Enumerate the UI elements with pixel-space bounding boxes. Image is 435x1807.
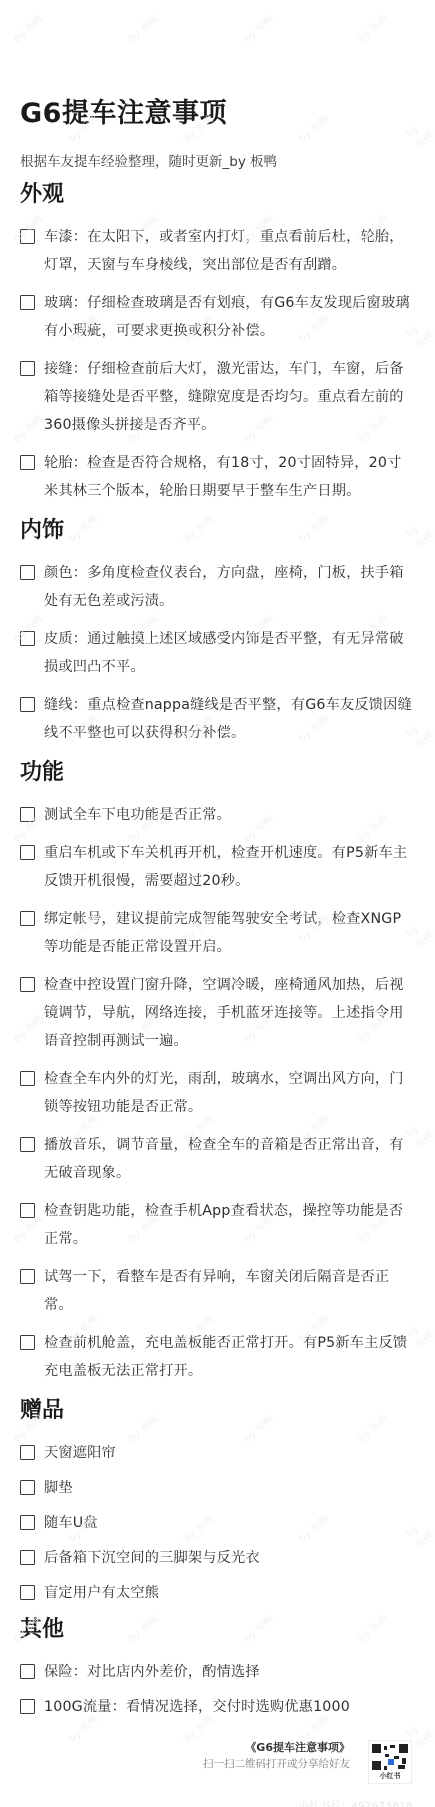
checkbox[interactable] <box>20 1515 35 1530</box>
checklist-item-text: 测试全车下电功能是否正常。 <box>44 801 415 829</box>
checklist-item-text: 天窗遮阳帘 <box>44 1439 415 1467</box>
checklist-item-text: 保险：对比店内外差价，酌情选择 <box>44 1658 415 1686</box>
checklist-item-text: 缝线：重点检查nappa缝线是否平整，有G6车友反馈因缝线不平整也可以获得积分补… <box>44 691 415 747</box>
checklist-item: 玻璃：仔细检查玻璃是否有划痕，有G6车友发现后窗玻璃有小瑕疵，可要求更换或积分补… <box>20 289 415 345</box>
checklist-item: 保险：对比店内外差价，酌情选择 <box>20 1658 415 1686</box>
checklist-item: 试驾一下，看整车是否有异响，车窗关闭后隔音是否正常。 <box>20 1263 415 1319</box>
checklist-item-text: 轮胎：检查是否符合规格，有18寸，20寸固特异，20寸米其林三个版本，轮胎日期要… <box>44 449 415 505</box>
checkbox[interactable] <box>20 1137 35 1152</box>
checkbox[interactable] <box>20 1550 35 1565</box>
checkbox[interactable] <box>20 1664 35 1679</box>
section-heading: 外观 <box>20 179 415 211</box>
checkbox[interactable] <box>20 911 35 926</box>
checklist-item-text: 检查中控设置门窗升降，空调冷暖，座椅通风加热，后视镜调节，导航，网络连接，手机蓝… <box>44 971 415 1055</box>
section-heading: 内饰 <box>20 515 415 547</box>
section-heading: 赠品 <box>20 1395 415 1427</box>
checklist-item-text: 检查全车内外的灯光，雨刮，玻璃水，空调出风方向，门锁等按钮功能是否正常。 <box>44 1065 415 1121</box>
footer-doc-title: 《G6提车注意事项》 <box>245 1739 350 1755</box>
checkbox[interactable] <box>20 631 35 646</box>
checklist-item: 脚垫 <box>20 1474 415 1502</box>
checklist-item-text: 盲定用户有太空熊 <box>44 1579 415 1607</box>
checklist-item: 轮胎：检查是否符合规格，有18寸，20寸固特异，20寸米其林三个版本，轮胎日期要… <box>20 449 415 505</box>
section-heading: 其他 <box>20 1614 415 1646</box>
section-2: 功能测试全车下电功能是否正常。重启车机或下车关机再开机，检查开机速度。有P5新车… <box>20 757 415 1385</box>
checklist-item-text: 随车U盘 <box>44 1509 415 1537</box>
checklist-item-text: 车漆：在太阳下，或者室内打灯，重点看前后杜，轮胎，灯罩，天窗与车身棱线，突出部位… <box>44 223 415 279</box>
checklist-item: 随车U盘 <box>20 1509 415 1537</box>
checkbox[interactable] <box>20 1269 35 1284</box>
checklist-item: 重启车机或下车关机再开机，检查开机速度。有P5新车主反馈开机很慢，需要超过20秒… <box>20 839 415 895</box>
checkbox[interactable] <box>20 455 35 470</box>
checklist-item-text: 播放音乐，调节音量，检查全车的音箱是否正常出音，有无破音现象。 <box>44 1131 415 1187</box>
checklist-item: 绑定帐号，建议提前完成智能驾驶安全考试，检查XNGP等功能是否能正常设置开启。 <box>20 905 415 961</box>
section-0: 外观车漆：在太阳下，或者室内打灯，重点看前后杜，轮胎，灯罩，天窗与车身棱线，突出… <box>20 179 415 505</box>
checklist-item-text: 脚垫 <box>44 1474 415 1502</box>
checklist-item-text: 试驾一下，看整车是否有异响，车窗关闭后隔音是否正常。 <box>44 1263 415 1319</box>
section-heading: 功能 <box>20 757 415 789</box>
checkbox[interactable] <box>20 977 35 992</box>
checkbox[interactable] <box>20 697 35 712</box>
checklist-item-text: 玻璃：仔细检查玻璃是否有划痕，有G6车友发现后窗玻璃有小瑕疵，可要求更换或积分补… <box>44 289 415 345</box>
checklist-item-text: 检查钥匙功能，检查手机App查看状态，操控等功能是否正常。 <box>44 1197 415 1253</box>
checklist-item: 缝线：重点检查nappa缝线是否平整，有G6车友反馈因缝线不平整也可以获得积分补… <box>20 691 415 747</box>
checklist-item-text: 绑定帐号，建议提前完成智能驾驶安全考试，检查XNGP等功能是否能正常设置开启。 <box>44 905 415 961</box>
checkbox[interactable] <box>20 845 35 860</box>
checkbox[interactable] <box>20 565 35 580</box>
checkbox[interactable] <box>20 361 35 376</box>
checkbox[interactable] <box>20 1445 35 1460</box>
checkbox[interactable] <box>20 1585 35 1600</box>
checklist-item: 皮质：通过触摸上述区域感受内饰是否平整，有无异常破损或凹凸不平。 <box>20 625 415 681</box>
checklist-item-text: 后备箱下沉空间的三脚架与反光衣 <box>44 1544 415 1572</box>
checklist-item-text: 颜色：多角度检查仪表台，方向盘，座椅，门板，扶手箱处有无色差或污渍。 <box>44 559 415 615</box>
checkbox[interactable] <box>20 1203 35 1218</box>
footer-share-hint: 扫一扫二维码打开或分享给好友 <box>203 1756 350 1771</box>
checklist-item-text: 接缝：仔细检查前后大灯，激光雷达，车门，车窗，后备箱等接缝处是否平整，缝隙宽度是… <box>44 355 415 439</box>
checklist-item: 播放音乐，调节音量，检查全车的音箱是否正常出音，有无破音现象。 <box>20 1131 415 1187</box>
checklist-item: 检查中控设置门窗升降，空调冷暖，座椅通风加热，后视镜调节，导航，网络连接，手机蓝… <box>20 971 415 1055</box>
checkbox[interactable] <box>20 1335 35 1350</box>
checkbox[interactable] <box>20 807 35 822</box>
account-id: 小红书号：492673818 <box>299 1797 413 1807</box>
checklist-item-text: 检查前机舱盖，充电盖板能否正常打开。有P5新车主反馈充电盖板无法正常打开。 <box>44 1329 415 1385</box>
checklist-item: 测试全车下电功能是否正常。 <box>20 801 415 829</box>
checkbox[interactable] <box>20 1699 35 1714</box>
section-4: 其他保险：对比店内外差价，酌情选择100G流量：看情况选择，交付时选购优惠100… <box>20 1614 415 1721</box>
checklist-item: 盲定用户有太空熊 <box>20 1579 415 1607</box>
section-3: 赠品天窗遮阳帘脚垫随车U盘后备箱下沉空间的三脚架与反光衣盲定用户有太空熊 <box>20 1395 415 1607</box>
checkbox[interactable] <box>20 1071 35 1086</box>
checklist-item: 后备箱下沉空间的三脚架与反光衣 <box>20 1544 415 1572</box>
checklist-item: 颜色：多角度检查仪表台，方向盘，座椅，门板，扶手箱处有无色差或污渍。 <box>20 559 415 615</box>
section-1: 内饰颜色：多角度检查仪表台，方向盘，座椅，门板，扶手箱处有无色差或污渍。皮质：通… <box>20 515 415 747</box>
checklist-item: 接缝：仔细检查前后大灯，激光雷达，车门，车窗，后备箱等接缝处是否平整，缝隙宽度是… <box>20 355 415 439</box>
checklist-item: 检查全车内外的灯光，雨刮，玻璃水，空调出风方向，门锁等按钮功能是否正常。 <box>20 1065 415 1121</box>
checklist-item: 车漆：在太阳下，或者室内打灯，重点看前后杜，轮胎，灯罩，天窗与车身棱线，突出部位… <box>20 223 415 279</box>
checklist-sections: 外观车漆：在太阳下，或者室内打灯，重点看前后杜，轮胎，灯罩，天窗与车身棱线，突出… <box>20 179 415 1721</box>
qr-code[interactable]: 小红书 <box>368 1740 412 1784</box>
checkbox[interactable] <box>20 229 35 244</box>
document-page: G6提车注意事项 根据车友提车经验整理，随时更新_by 板鸭 外观车漆：在太阳下… <box>0 0 435 1807</box>
checklist-item: 检查前机舱盖，充电盖板能否正常打开。有P5新车主反馈充电盖板无法正常打开。 <box>20 1329 415 1385</box>
page-title: G6提车注意事项 <box>20 94 415 134</box>
checkbox[interactable] <box>20 1480 35 1495</box>
share-footer: 《G6提车注意事项》 扫一扫二维码打开或分享给好友 小红书 小红书号：49267… <box>0 1715 435 1807</box>
checklist-item: 检查钥匙功能，检查手机App查看状态，操控等功能是否正常。 <box>20 1197 415 1253</box>
checklist-item-text: 皮质：通过触摸上述区域感受内饰是否平整，有无异常破损或凹凸不平。 <box>44 625 415 681</box>
page-subtitle: 根据车友提车经验整理，随时更新_by 板鸭 <box>20 151 415 173</box>
checklist-item-text: 重启车机或下车关机再开机，检查开机速度。有P5新车主反馈开机很慢，需要超过20秒… <box>44 839 415 895</box>
checklist-item: 天窗遮阳帘 <box>20 1439 415 1467</box>
qr-caption: 小红书 <box>372 1771 408 1781</box>
checkbox[interactable] <box>20 295 35 310</box>
qr-code-icon <box>372 1744 408 1770</box>
